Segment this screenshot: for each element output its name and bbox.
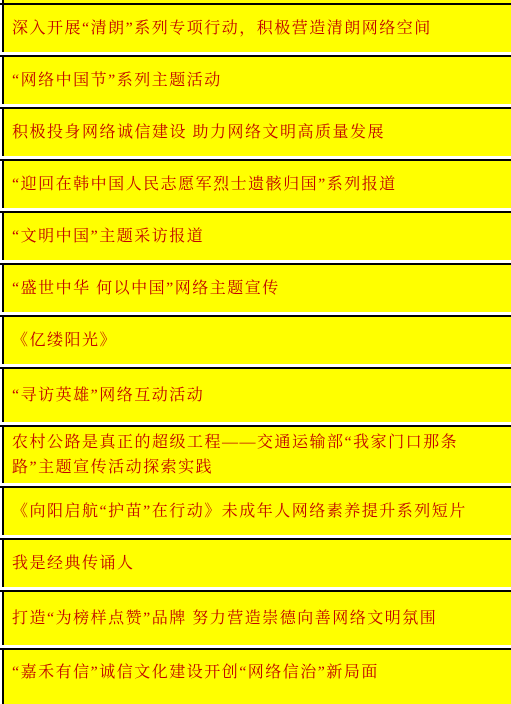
row-text: “网络中国节”系列主题活动 [12, 68, 222, 93]
table-row: “迎回在韩中国人民志愿军烈士遗骸归国”系列报道 [0, 159, 511, 208]
table-row: 《向阳启航“护苗”在行动》未成年人网络素养提升系列短片 [0, 486, 511, 535]
table-cell: 农村公路是真正的超级工程——交通运输部“我家门口那条路”主题宣传活动探索实践 [2, 427, 511, 483]
row-text: 我是经典传诵人 [12, 551, 135, 576]
table-row: “盛世中华 何以中国”网络主题宣传 [0, 263, 511, 312]
table-cell: 《亿缕阳光》 [2, 317, 511, 364]
table-cell: 深入开展“清朗”系列专项行动，积极营造清朗网络空间 [2, 5, 511, 52]
table-row: 积极投身网络诚信建设 助力网络文明高质量发展 [0, 107, 511, 156]
table-row: 深入开展“清朗”系列专项行动，积极营造清朗网络空间 [0, 3, 511, 52]
table-cell: “文明中国”主题采访报道 [2, 213, 511, 260]
table-cell: 打造“为榜样点赞”品牌 努力营造崇德向善网络文明氛围 [2, 592, 511, 645]
row-text: 《向阳启航“护苗”在行动》未成年人网络素养提升系列短片 [12, 499, 467, 524]
table-row: “寻访英雄”网络互动活动 [0, 367, 511, 422]
table-row: 我是经典传诵人 [0, 538, 511, 587]
table-cell: “盛世中华 何以中国”网络主题宣传 [2, 265, 511, 312]
table-row: “网络中国节”系列主题活动 [0, 55, 511, 104]
row-text: “寻访英雄”网络互动活动 [12, 383, 204, 408]
row-text: “迎回在韩中国人民志愿军烈士遗骸归国”系列报道 [12, 172, 397, 197]
table-row: 打造“为榜样点赞”品牌 努力营造崇德向善网络文明氛围 [0, 590, 511, 645]
row-text: “盛世中华 何以中国”网络主题宣传 [12, 276, 280, 301]
table-row: 《亿缕阳光》 [0, 315, 511, 364]
table-cell: 我是经典传诵人 [2, 540, 511, 587]
row-text: 《亿缕阳光》 [12, 328, 117, 353]
row-text: 深入开展“清朗”系列专项行动，积极营造清朗网络空间 [12, 16, 432, 41]
table-cell: “迎回在韩中国人民志愿军烈士遗骸归国”系列报道 [2, 161, 511, 208]
table-row: “嘉禾有信”诚信文化建设开创“网络信治”新局面 [0, 648, 511, 704]
table-row: “文明中国”主题采访报道 [0, 211, 511, 260]
campaign-list-table: 深入开展“清朗”系列专项行动，积极营造清朗网络空间 “网络中国节”系列主题活动 … [0, 0, 511, 704]
row-text: 积极投身网络诚信建设 助力网络文明高质量发展 [12, 120, 385, 145]
row-text: 农村公路是真正的超级工程——交通运输部“我家门口那条路”主题宣传活动探索实践 [12, 430, 497, 480]
table-cell: 积极投身网络诚信建设 助力网络文明高质量发展 [2, 109, 511, 156]
table-cell: “寻访英雄”网络互动活动 [2, 369, 511, 422]
table-row: 农村公路是真正的超级工程——交通运输部“我家门口那条路”主题宣传活动探索实践 [0, 425, 511, 483]
row-text: 打造“为榜样点赞”品牌 努力营造崇德向善网络文明氛围 [12, 606, 437, 631]
row-text: “文明中国”主题采访报道 [12, 224, 204, 249]
table-cell: “网络中国节”系列主题活动 [2, 57, 511, 104]
table-cell: “嘉禾有信”诚信文化建设开创“网络信治”新局面 [2, 650, 511, 704]
table-cell: 《向阳启航“护苗”在行动》未成年人网络素养提升系列短片 [2, 488, 511, 535]
row-text: “嘉禾有信”诚信文化建设开创“网络信治”新局面 [12, 660, 379, 685]
